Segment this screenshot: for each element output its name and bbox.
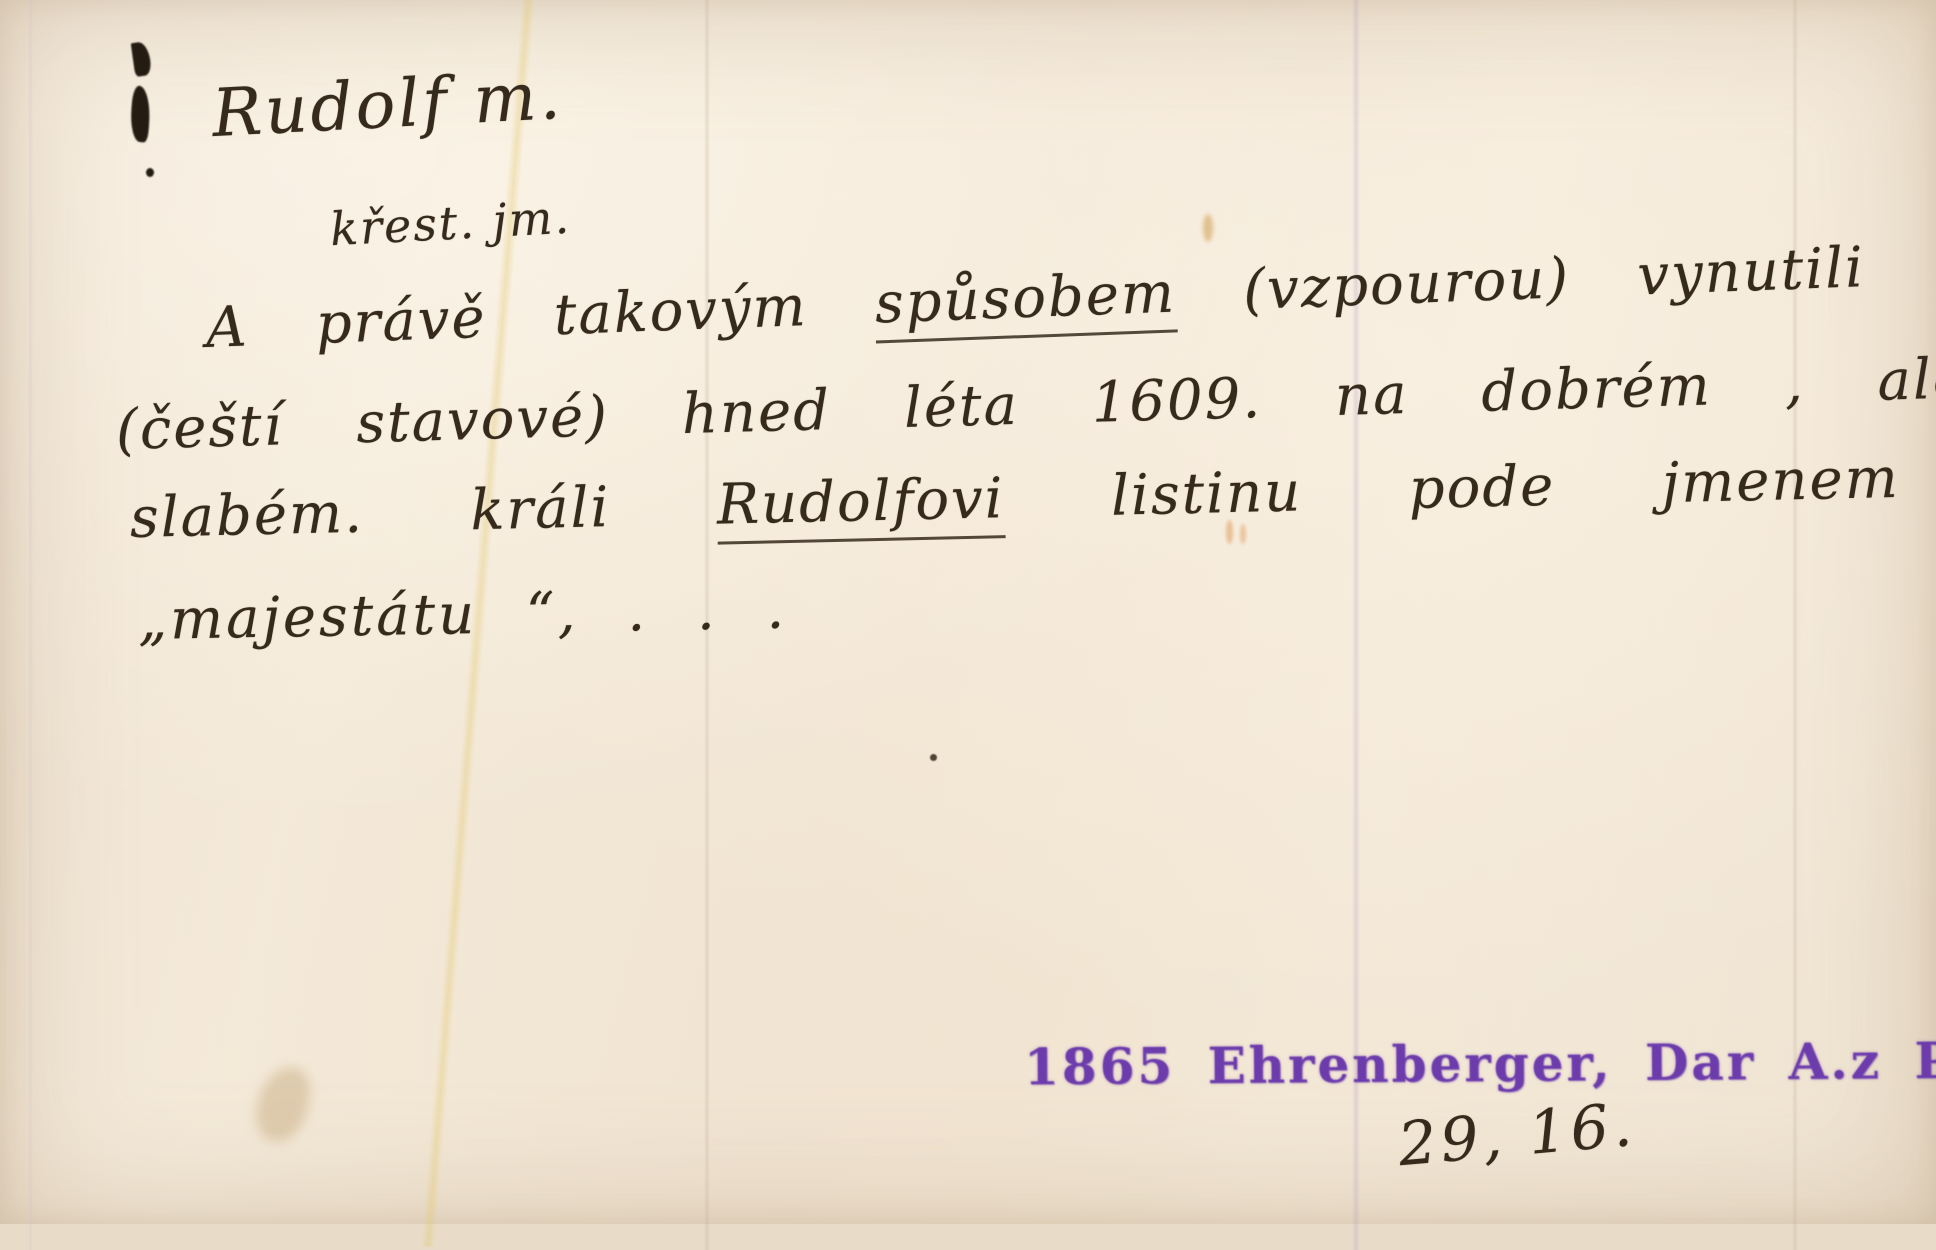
underlined-word-spusobem: spůsobem	[874, 260, 1178, 343]
handwritten-body-line-4: „majestátu “, . . .	[137, 577, 787, 653]
accession-stamp: 1865 Ehrenberger, Dar A.z P.	[1024, 1031, 1936, 1097]
underlined-word-rudolfovi: Rudolfovi	[716, 466, 1005, 545]
edge-ink-mark-3	[146, 168, 154, 177]
body-line-3-pre: slabém. králi	[129, 473, 717, 551]
